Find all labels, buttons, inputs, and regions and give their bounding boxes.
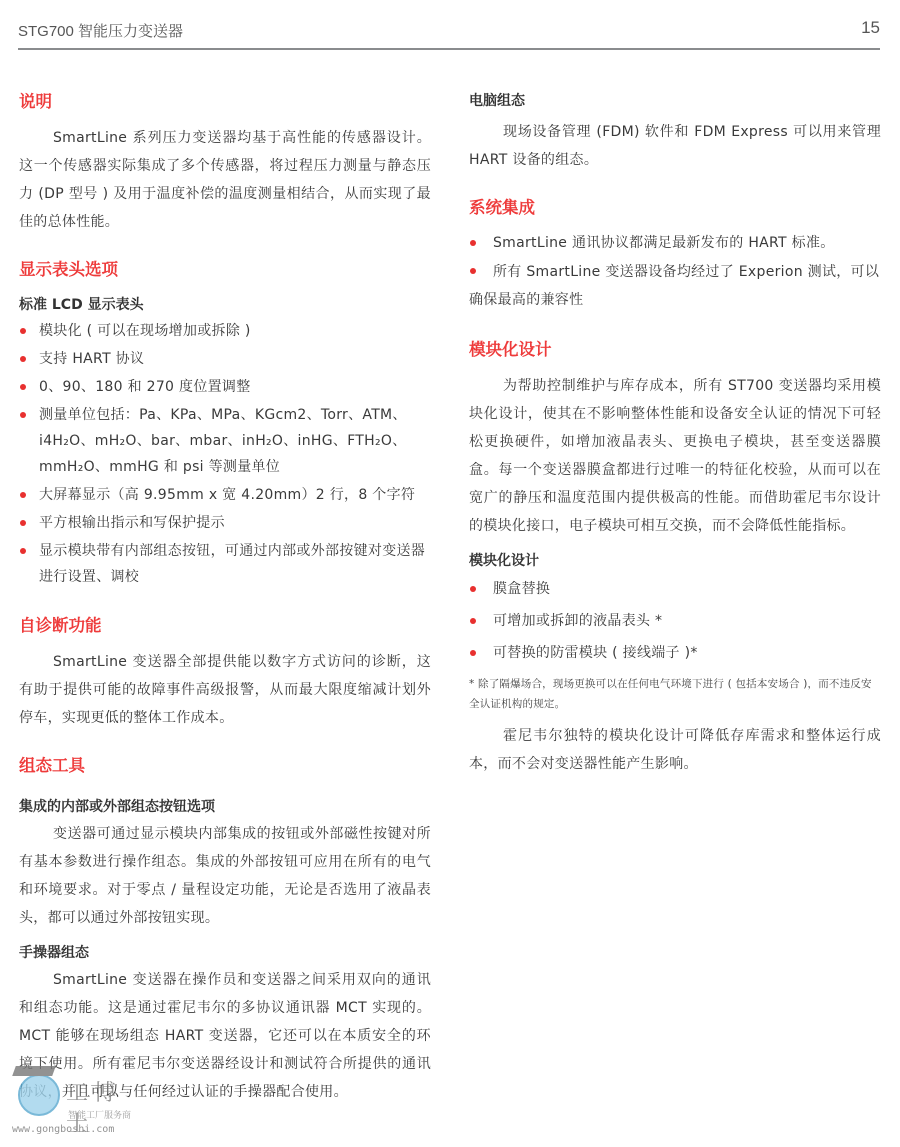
section-heading: 系统集成 — [469, 194, 881, 222]
left-column: 说明 SmartLine 系列压力变送器均基于高性能的传感器设计。这一个传感器实… — [19, 88, 431, 1106]
list-item: 显示模块带有内部组态按钮，可通过内部或外部按键对变送器进行设置、调校 — [19, 538, 431, 590]
list-item: 所有 SmartLine 变送器设备均经过了 Experion 测试，可以确保最… — [469, 258, 881, 314]
subheading: 手操器组态 — [19, 940, 431, 966]
section-pc-config: 电脑组态 现场设备管理 (FDM) 软件和 FDM Express 可以用来管理… — [469, 88, 881, 174]
list-item: 0、90、180 和 270 度位置调整 — [19, 374, 431, 400]
bullet-icon — [20, 384, 26, 390]
bullet-icon — [20, 356, 26, 362]
list-item: 测量单位包括：Pa、KPa、MPa、KGcm2、Torr、ATM、i4H₂O、m… — [19, 402, 431, 480]
bullet-icon — [470, 618, 476, 624]
document-title: STG700 智能压力变送器 — [18, 20, 183, 41]
watermark-logo: 工博士 智能工厂服务商 www.gongboshi.com — [8, 1066, 148, 1146]
watermark-tagline: 智能工厂服务商 — [68, 1108, 131, 1121]
bullet-icon — [470, 586, 476, 592]
bullet-icon — [470, 240, 476, 246]
list-item: 模块化 ( 可以在现场增加或拆除 ) — [19, 318, 431, 344]
bullet-icon — [470, 650, 476, 656]
bullet-list: 模块化 ( 可以在现场增加或拆除 ) 支持 HART 协议 0、90、180 和… — [19, 318, 431, 590]
paragraph: SmartLine 系列压力变送器均基于高性能的传感器设计。这一个传感器实际集成… — [19, 124, 431, 236]
section-heading: 显示表头选项 — [19, 256, 431, 284]
bullet-icon — [20, 492, 26, 498]
graduation-cap-icon — [12, 1066, 56, 1076]
bullet-icon — [20, 412, 26, 418]
list-item: 可替换的防雷模块 ( 接线端子 )* — [469, 638, 881, 668]
section-system-integration: 系统集成 SmartLine 通讯协议都满足最新发布的 HART 标准。 所有 … — [469, 194, 881, 314]
subheading: 标准 LCD 显示表头 — [19, 292, 431, 318]
section-self-diagnostics: 自诊断功能 SmartLine 变送器全部提供能以数字方式访问的诊断，这有助于提… — [19, 612, 431, 732]
list-item: 支持 HART 协议 — [19, 346, 431, 372]
list-item: 大屏幕显示（高 9.95mm x 宽 4.20mm）2 行，8 个字符 — [19, 482, 431, 508]
section-heading: 自诊断功能 — [19, 612, 431, 640]
section-config-tools: 组态工具 集成的内部或外部组态按钮选项 变送器可通过显示模块内部集成的按钮或外部… — [19, 752, 431, 1106]
bullet-icon — [20, 328, 26, 334]
list-item: 平方根输出指示和写保护提示 — [19, 510, 431, 536]
section-description: 说明 SmartLine 系列压力变送器均基于高性能的传感器设计。这一个传感器实… — [19, 88, 431, 236]
subheading: 电脑组态 — [469, 88, 881, 114]
paragraph: 现场设备管理 (FDM) 软件和 FDM Express 可以用来管理 HART… — [469, 118, 881, 174]
bullet-icon — [20, 548, 26, 554]
bullet-icon — [20, 520, 26, 526]
mascot-icon — [18, 1074, 60, 1116]
watermark-url: www.gongboshi.com — [12, 1124, 114, 1135]
paragraph: 霍尼韦尔独特的模块化设计可降低存库需求和整体运行成本，而不会对变送器性能产生影响… — [469, 722, 881, 778]
paragraph: 为帮助控制维护与库存成本，所有 ST700 变送器均采用模块化设计，使其在不影响… — [469, 372, 881, 540]
list-item: SmartLine 通讯协议都满足最新发布的 HART 标准。 — [469, 230, 881, 256]
list-item: 膜盒替换 — [469, 574, 881, 604]
page-number: 15 — [861, 18, 880, 38]
paragraph: 变送器可通过显示模块内部集成的按钮或外部磁性按键对所有基本参数进行操作组态。集成… — [19, 820, 431, 932]
section-heading: 组态工具 — [19, 752, 431, 780]
bullet-list: 膜盒替换 可增加或拆卸的液晶表头 * 可替换的防雷模块 ( 接线端子 )* — [469, 574, 881, 668]
bullet-list: SmartLine 通讯协议都满足最新发布的 HART 标准。 所有 Smart… — [469, 230, 881, 314]
right-column: 电脑组态 现场设备管理 (FDM) 软件和 FDM Express 可以用来管理… — [469, 88, 881, 778]
subheading: 集成的内部或外部组态按钮选项 — [19, 794, 431, 820]
subheading: 模块化设计 — [469, 548, 881, 574]
section-display-options: 显示表头选项 标准 LCD 显示表头 模块化 ( 可以在现场增加或拆除 ) 支持… — [19, 256, 431, 590]
bullet-icon — [470, 268, 476, 274]
section-heading: 说明 — [19, 88, 431, 116]
footnote: * 除了隔爆场合，现场更换可以在任何电气环境下进行 ( 包括本安场合 )，而不违… — [469, 674, 881, 714]
list-item: 可增加或拆卸的液晶表头 * — [469, 606, 881, 636]
section-heading: 模块化设计 — [469, 336, 881, 364]
page-header: STG700 智能压力变送器 15 — [18, 14, 880, 50]
section-modular-design: 模块化设计 为帮助控制维护与库存成本，所有 ST700 变送器均采用模块化设计，… — [469, 336, 881, 778]
paragraph: SmartLine 变送器全部提供能以数字方式访问的诊断，这有助于提供可能的故障… — [19, 648, 431, 732]
